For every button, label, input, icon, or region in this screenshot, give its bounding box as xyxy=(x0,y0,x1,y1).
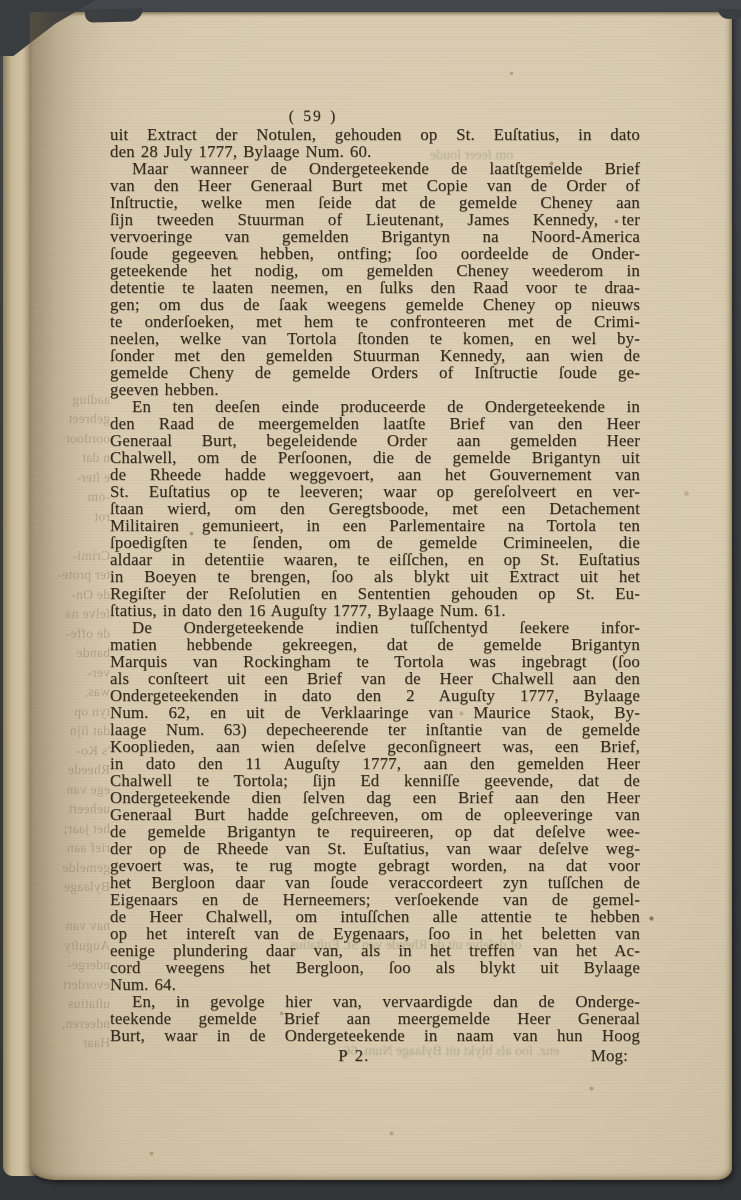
bleed-line: uſtatius xyxy=(38,994,110,1014)
book-page: aadiuggebreetoordoorn date ſter--omrot C… xyxy=(30,12,732,1180)
bleed-line: 's Ko- xyxy=(38,741,110,761)
text-line: gevoert was, te rug mogte gebragt worden… xyxy=(110,857,640,874)
bleed-line xyxy=(38,526,110,546)
text-line: op het intereſt van de Eygenaars, ſoo in… xyxy=(110,925,640,942)
bleed-line: Rheede xyxy=(38,760,110,780)
bleed-line: -om xyxy=(38,487,110,507)
bleed-line: Bylaage xyxy=(38,877,110,897)
text-line: De Ondergeteekende indien tuſſchentyd ſe… xyxy=(110,619,640,636)
text-line: teekende gemelde Brief aan meergemelde H… xyxy=(110,1010,640,1027)
text-line: St. Euſtatius op te leeveren; waar op ge… xyxy=(110,483,640,500)
text-line: geeven hebben. xyxy=(110,381,640,398)
text-line: Num. 64. xyxy=(110,976,640,993)
bleed-line xyxy=(38,370,110,390)
bleed-line: dat ſijn xyxy=(38,721,110,741)
text-line: de Heer Chalwell, om intuſſchen alle att… xyxy=(110,908,640,925)
text-line: Kooplieden, aan wien deſelve geconſignee… xyxy=(110,738,640,755)
bleed-line: de offe- xyxy=(38,624,110,644)
text-line: Chalwell, om de Perſoonen, die de gemeld… xyxy=(110,449,640,466)
bleed-line: nderge- xyxy=(38,955,110,975)
text-line: Marquis van Rockingham te Tortola was in… xyxy=(110,653,640,670)
bleed-line: nav van xyxy=(38,916,110,936)
text-line: ſpoedigſten te ſenden, om de gemelde Cri… xyxy=(110,534,640,551)
bleed-line: tyn op xyxy=(38,702,110,722)
text-line: Generaal Burt, begeleidende Order aan ge… xyxy=(110,432,640,449)
text-line: in Boeyen te brengen, ſoo als blykt uit … xyxy=(110,568,640,585)
bleed-line: Haar xyxy=(38,1033,110,1053)
paragraph: En ten deeſen einde produceerde de Onder… xyxy=(110,398,640,619)
bleed-line: n dat xyxy=(38,448,110,468)
bleed-line: bande xyxy=(38,643,110,663)
text-line: gemelde Cheny de gemelde Orders of Inſtr… xyxy=(110,364,640,381)
text-line: cord weegens het Bergloon, ſoo als blykt… xyxy=(110,959,640,976)
text-line: ſoude gegeeven hebben, ontfing; ſoo oord… xyxy=(110,245,640,262)
text-line: uit Extract der Notulen, gehouden op St.… xyxy=(110,126,640,143)
bleed-line: de On- xyxy=(38,585,110,605)
paper-specks xyxy=(30,12,33,15)
scan-background: aadiuggebreetoordoorn date ſter--omrot C… xyxy=(0,0,741,1200)
paragraph: De Ondergeteekende indien tuſſchentyd ſe… xyxy=(110,619,640,993)
text-line: aldaar in detentiie waaren, te eiſſchen,… xyxy=(110,551,640,568)
bleed-line: ege van xyxy=(38,780,110,800)
text-line: vervoeringe van gemelden Brigantyn na No… xyxy=(110,228,640,245)
bleed-line: rief aan xyxy=(38,838,110,858)
bleed-line: gebreet xyxy=(38,409,110,429)
text-line: detentie te laaten neemen, en ſulks den … xyxy=(110,279,640,296)
bleed-line: e ſter- xyxy=(38,468,110,488)
bleed-line: ueheert xyxy=(38,799,110,819)
bleed-line: was, xyxy=(38,682,110,702)
bleed-line: het jaar; xyxy=(38,819,110,839)
binding-notch-right xyxy=(718,9,741,20)
text-line: te onderſoeken, met hem te confronteeren… xyxy=(110,313,640,330)
bleed-line: aadiug xyxy=(38,390,110,410)
text-line: de gemelde Brigantyn te requireeren, op … xyxy=(110,823,640,840)
binding-notch xyxy=(85,8,143,23)
text-line: Chalwell te Tortola; ſijn Ed kenniſſe ge… xyxy=(110,772,640,789)
text-line: als conſteert uit een Brief van de Heer … xyxy=(110,670,640,687)
text-line: het Bergloon daar van ſoude veraccordeer… xyxy=(110,874,640,891)
text-line: ſonder met den gemelden Stuurman Kennedy… xyxy=(110,347,640,364)
text-line: eenige plundering daar van, als in het t… xyxy=(110,942,640,959)
bleed-line xyxy=(38,897,110,917)
bleed-line: oordoor xyxy=(38,429,110,449)
footer-row: P 2. Mog: xyxy=(110,1047,640,1067)
body-text: uit Extract der Notulen, gehouden op St.… xyxy=(110,126,640,1044)
bleed-line: Crimi- xyxy=(38,546,110,566)
text-line: laage Num. 63) depecheerende ter inſtant… xyxy=(110,721,640,738)
text-line: Inſtructie, welke men ſeide dat de gemel… xyxy=(110,194,640,211)
text-line: En ten deeſen einde produceerde de Onder… xyxy=(110,398,640,415)
paragraph: Maar wanneer de Ondergeteekende de laatſ… xyxy=(110,160,640,398)
text-line: in dato den 11 Auguſty 1777, aan den gem… xyxy=(110,755,640,772)
text-line: gen; om dus de ſaak weegens gemelde Chen… xyxy=(110,296,640,313)
bleed-line: ver- xyxy=(38,663,110,683)
bleed-line: evordert xyxy=(38,975,110,995)
text-line: Eigenaars en de Herneemers; verſoekende … xyxy=(110,891,640,908)
text-line: den 28 July 1777, Bylaage Num. 60. xyxy=(110,143,640,160)
text-line: den Raad de meergemelden laatſte Brief v… xyxy=(110,415,640,432)
bleed-line: ter prote- xyxy=(38,565,110,585)
bleedthrough-margin: aadiuggebreetoordoorn date ſter--omrot C… xyxy=(38,370,110,1053)
bleed-line: gemelde xyxy=(38,858,110,878)
signature-mark: P 2. xyxy=(338,1047,369,1064)
text-line: Maar wanneer de Ondergeteekende de laatſ… xyxy=(110,160,640,177)
text-line: Ondergeteekenden in dato den 2 Auguſty 1… xyxy=(110,687,640,704)
text-line: geteekende het nodig, om gemelden Cheney… xyxy=(110,262,640,279)
text-line: van den Heer Generaal Burt met Copie van… xyxy=(110,177,640,194)
paragraph: uit Extract der Notulen, gehouden op St.… xyxy=(110,126,640,160)
text-line: der op de Rheede van St. Euſtatius, van … xyxy=(110,840,640,857)
bleed-line: Auguſty xyxy=(38,936,110,956)
bleed-line: rot xyxy=(38,507,110,527)
text-line: Generaal Burt hadde geſchreeven, om de o… xyxy=(110,806,640,823)
text-line: En, in gevolge hier van, vervaardigde da… xyxy=(110,993,640,1010)
text-line: Num. 62, en uit de Verklaaringe van Maur… xyxy=(110,704,640,721)
text-line: neelen, welke van Tortola ſtonden te kom… xyxy=(110,330,640,347)
text-line: ſtatius, in dato den 16 Auguſty 1777, By… xyxy=(110,602,640,619)
text-line: Militairen gemunieert, in een Parlementa… xyxy=(110,517,640,534)
text-line: matien hebbende gekreegen, dat de gemeld… xyxy=(110,636,640,653)
text-line: Ondergeteekende dien ſelven dag een Brie… xyxy=(110,789,640,806)
text-line: ſtaan wierd, om den Geregtsboode, met ee… xyxy=(110,500,640,517)
text-line: ſijn tweeden Stuurman of Lieutenant, Jam… xyxy=(110,211,640,228)
paragraph: En, in gevolge hier van, vervaardigde da… xyxy=(110,993,640,1044)
bleed-line: ndeeren, xyxy=(38,1014,110,1034)
text-line: de Rheede hadde weggevoert, aan het Gouv… xyxy=(110,466,640,483)
spine-corner-shadow xyxy=(0,0,96,56)
text-line: Regiſter der Reſolutien en Sententien ge… xyxy=(110,585,640,602)
text-line: Burt, waar in de Ondergeteekende in naam… xyxy=(110,1027,640,1044)
page-number: ( 59 ) xyxy=(48,107,578,126)
bleed-line: ſelve na xyxy=(38,604,110,624)
catchword: Mog: xyxy=(591,1047,628,1064)
text-block: ( 59 ) uit Extract der Notulen, gehouden… xyxy=(110,107,640,1067)
